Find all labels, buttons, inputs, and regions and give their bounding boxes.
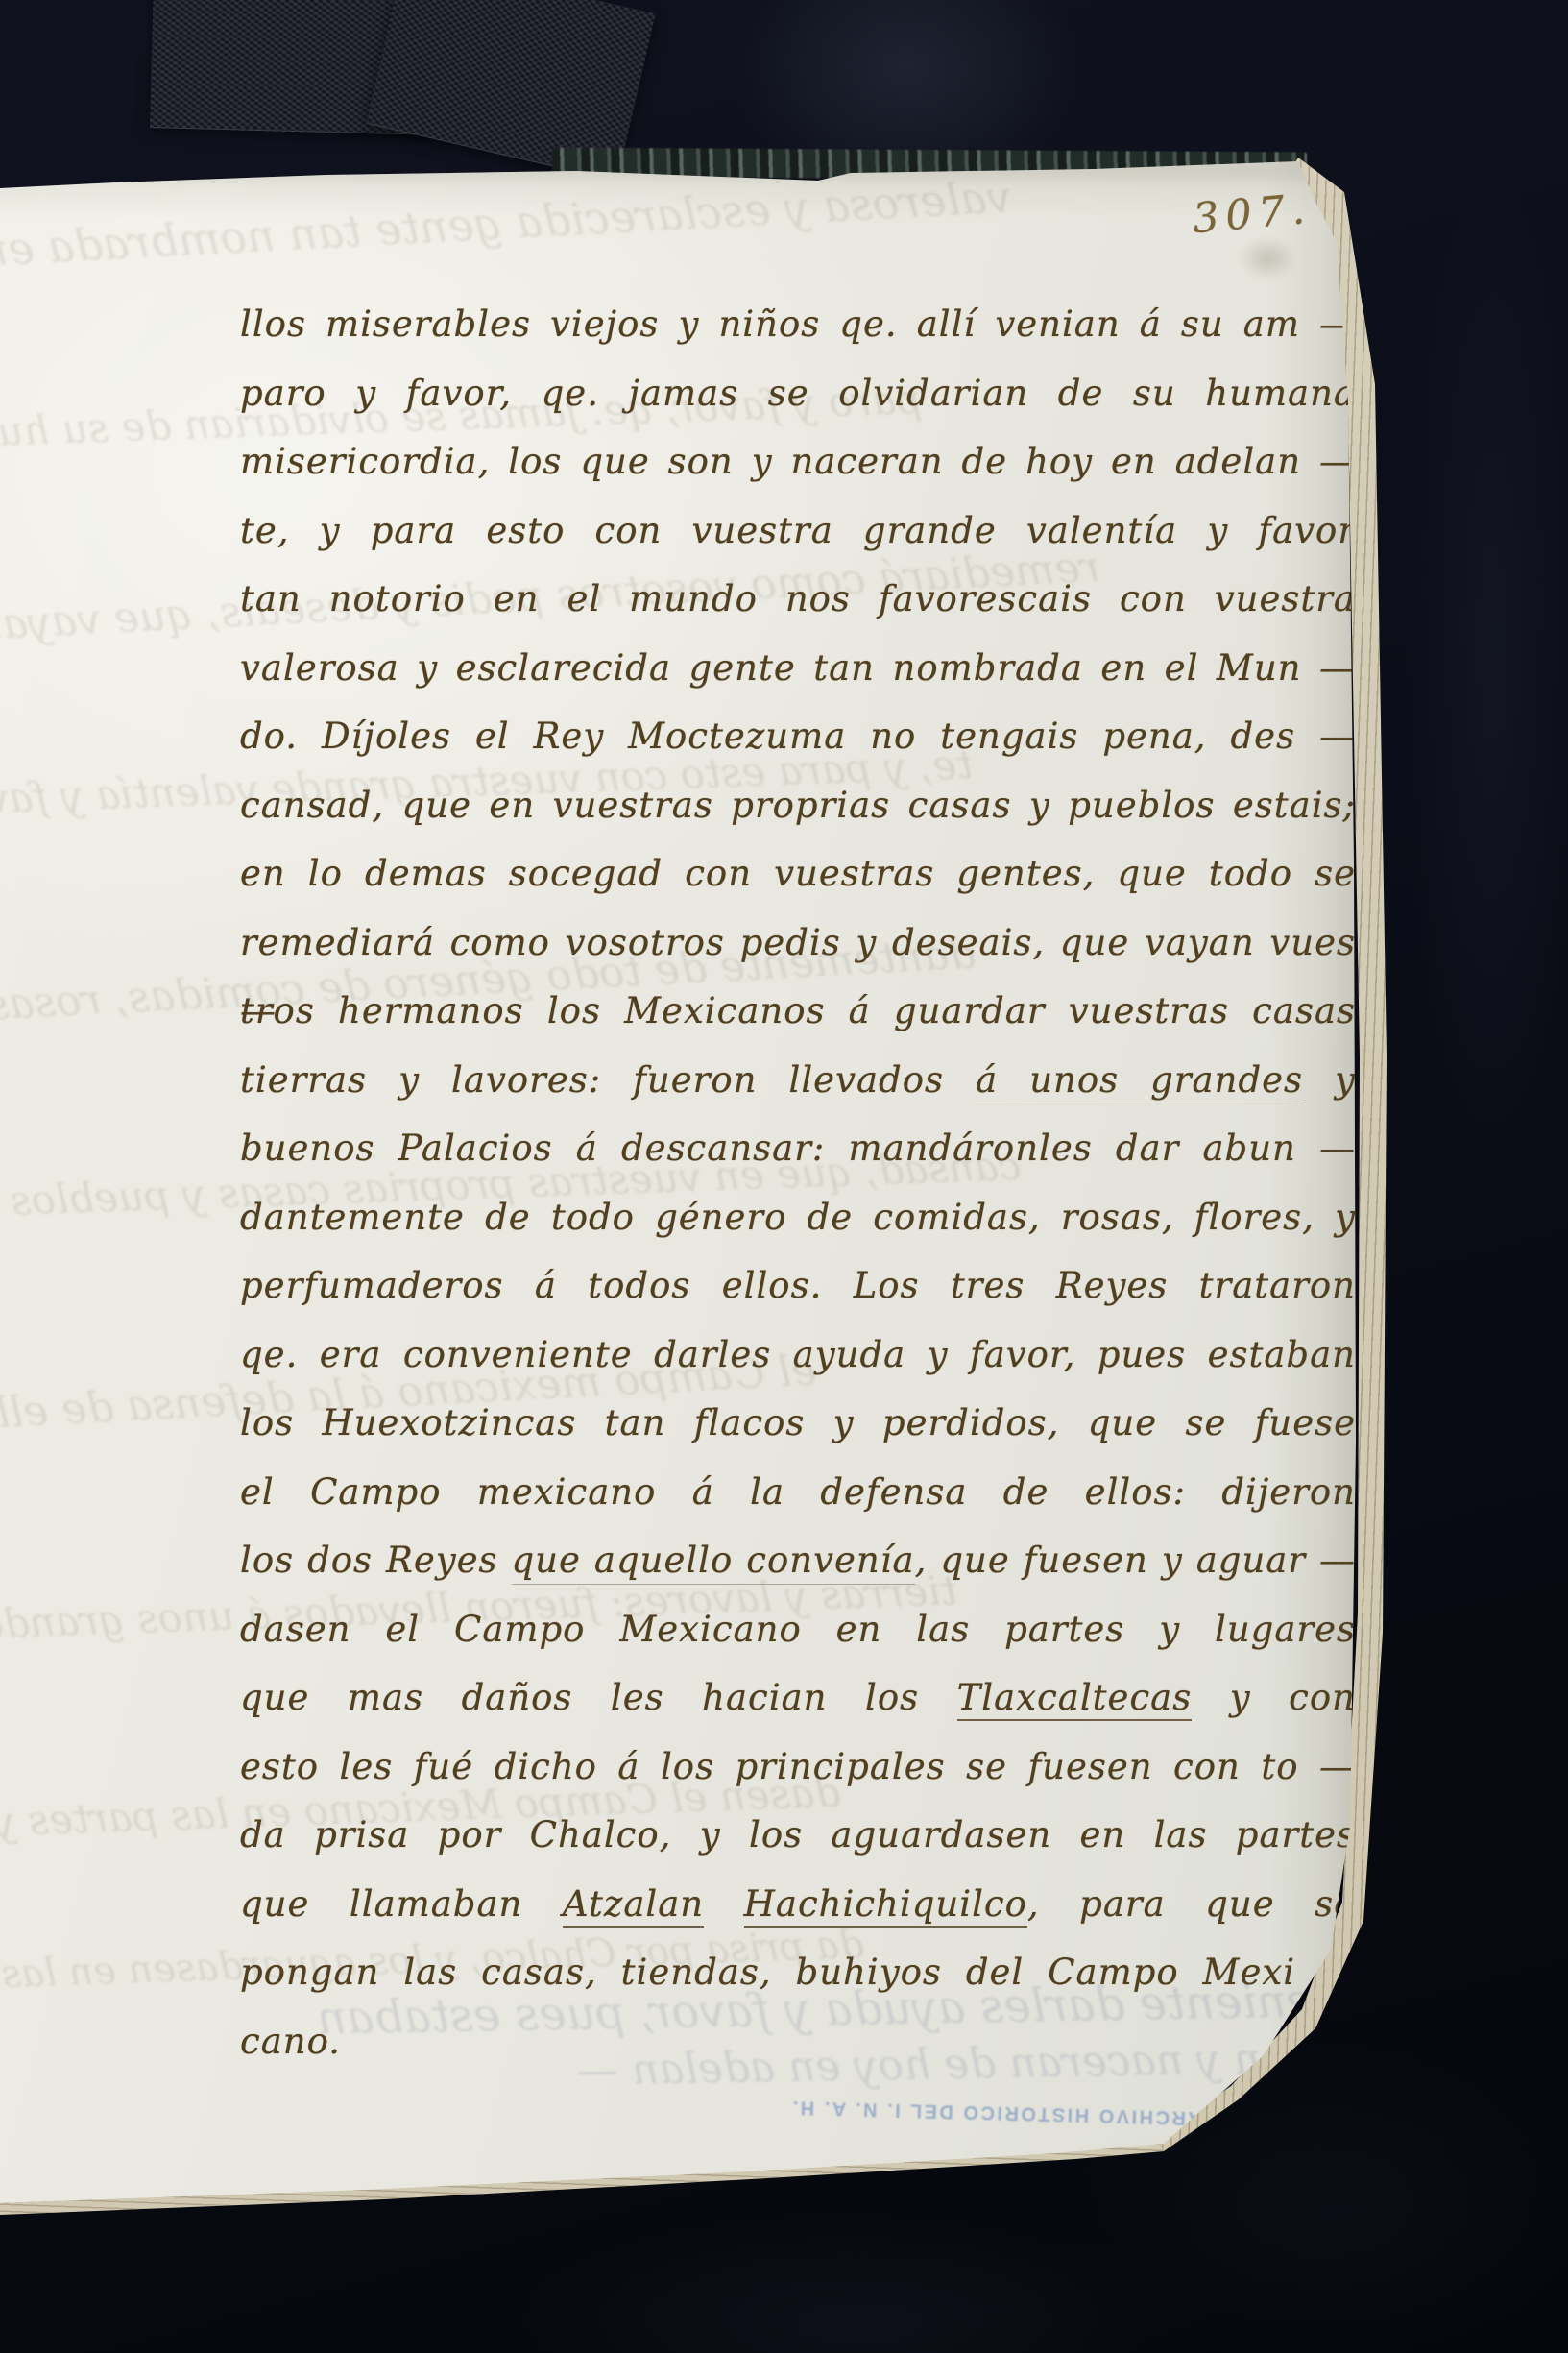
- manuscript-line-25: pongan las casas, tiendas, buhiyos del C…: [240, 1938, 1356, 2007]
- manuscript-line-19: los dos Reyes que aquello convenía, que …: [240, 1526, 1356, 1595]
- underlined-word: á unos grandes: [976, 1059, 1303, 1104]
- underlined-word: Tlaxcaltecas: [957, 1677, 1193, 1721]
- text-segment: da prisa por Chalco, y los aguardasen en…: [240, 1814, 1356, 1856]
- manuscript-line-10: remediará como vosotros pedis y deseais,…: [240, 909, 1356, 978]
- text-segment: perfumaderos á todos ellos. Los tres Rey…: [240, 1265, 1356, 1306]
- text-segment: en lo demas socegad con vuestras gentes,…: [240, 853, 1356, 894]
- text-segment: llos miserables viejos y niños qe. allí …: [240, 303, 1356, 345]
- text-segment: valerosa y esclarecida gente tan nombrad…: [240, 647, 1356, 689]
- manuscript-line-13: buenos Palacios á descansar: mandáronles…: [240, 1114, 1356, 1183]
- underlined-word: Atzalan: [563, 1883, 704, 1928]
- text-segment: los dos Reyes: [240, 1540, 512, 1581]
- text-segment: , para que se: [1027, 1883, 1356, 1925]
- text-segment: cansad, que en vuestras proprias casas y…: [240, 785, 1356, 826]
- text-segment: qe. era conveniente darles ayuda y favor…: [240, 1334, 1356, 1375]
- text-segment: paro y favor, qe. jamas se olvidarian de…: [240, 373, 1356, 414]
- manuscript-page: valerosa y esclarecida gente tan nombrad…: [0, 0, 1568, 2353]
- underlined-word: que aquello convenía: [512, 1540, 915, 1585]
- manuscript-line-16: qe. era conveniente darles ayuda y favor…: [240, 1321, 1356, 1390]
- manuscript-line-2: paro y favor, qe. jamas se olvidarian de…: [240, 359, 1356, 428]
- text-segment: misericordia, los que son y naceran de h…: [240, 441, 1356, 482]
- text-segment: pongan las casas, tiendas, buhiyos del C…: [240, 1952, 1356, 1993]
- manuscript-line-4: te, y para esto con vuestra grande valen…: [240, 497, 1356, 566]
- manuscript-line-18: el Campo mexicano á la defensa de ellos:…: [240, 1458, 1356, 1527]
- text-segment: esto les fué dicho á los principales se …: [240, 1746, 1356, 1787]
- ink-smudge: [1239, 236, 1296, 280]
- text-segment: buenos Palacios á descansar: mandáronles…: [240, 1128, 1356, 1169]
- manuscript-line-9: en lo demas socegad con vuestras gentes,…: [240, 839, 1356, 909]
- manuscript-line-14: dantemente de todo género de comidas, ro…: [240, 1183, 1356, 1252]
- text-segment: el Campo mexicano á la defensa de ellos:…: [240, 1471, 1356, 1513]
- manuscript-line-22: esto les fué dicho á los principales se …: [240, 1733, 1356, 1802]
- manuscript-line-8: cansad, que en vuestras proprias casas y…: [240, 771, 1356, 840]
- text-segment: dantemente de todo género de comidas, ro…: [240, 1197, 1356, 1238]
- archive-stamp: ARCHIVO HISTORICO DEL I. N. A. H.: [814, 2097, 1202, 2129]
- text-segment: , que fuesen y aguar —: [915, 1540, 1356, 1581]
- manuscript-line-12: tierras y lavores: fueron llevados á uno…: [240, 1046, 1356, 1115]
- manuscript-line-5: tan notorio en el mundo nos favorescais …: [240, 565, 1356, 634]
- text-segment: te, y para esto con vuestra grande valen…: [240, 510, 1356, 551]
- text-segment: [704, 1883, 744, 1925]
- text-segment: tan notorio en el mundo nos favorescais …: [240, 578, 1356, 619]
- text-segment: do. Díjoles el Rey Moctezuma no tengais …: [240, 716, 1356, 757]
- manuscript-line-24: que llamaban Atzalan Hachichiquilco, par…: [240, 1870, 1356, 1939]
- text-segment: dasen el Campo Mexicano en las partes y …: [240, 1609, 1356, 1650]
- manuscript-line-23: da prisa por Chalco, y los aguardasen en…: [240, 1801, 1356, 1870]
- manuscript-line-1: llos miserables viejos y niños qe. allí …: [240, 290, 1356, 359]
- text-segment: que llamaban: [240, 1883, 563, 1925]
- text-segment: cano.: [240, 2021, 341, 2062]
- text-segment: y con: [1192, 1677, 1356, 1718]
- manuscript-line-20: dasen el Campo Mexicano en las partes y …: [240, 1595, 1356, 1664]
- text-segment: que mas daños les hacian los: [240, 1677, 957, 1718]
- text-segment: tierras y lavores: fueron llevados: [240, 1059, 976, 1101]
- photo-scene: valerosa y esclarecida gente tan nombrad…: [0, 0, 1568, 2353]
- manuscript-text: llos miserables viejos y niños qe. allí …: [240, 290, 1356, 2075]
- manuscript-line-6: valerosa y esclarecida gente tan nombrad…: [240, 634, 1356, 703]
- show-through-line: valerosa y esclarecida gente tan nombrad…: [0, 171, 1013, 289]
- text-segment: tros hermanos los Mexicanos á guardar vu…: [240, 990, 1356, 1031]
- underlined-word: Hachichiquilco: [744, 1883, 1027, 1928]
- manuscript-line-3: misericordia, los que son y naceran de h…: [240, 427, 1356, 497]
- manuscript-line-26: cano.: [240, 2007, 1356, 2076]
- manuscript-line-17: los Huexotzincas tan flacos y perdidos, …: [240, 1389, 1356, 1458]
- page-number: 307.: [1191, 185, 1314, 244]
- manuscript-line-21: que mas daños les hacian los Tlaxcalteca…: [240, 1663, 1356, 1733]
- text-segment: los Huexotzincas tan flacos y perdidos, …: [240, 1402, 1356, 1443]
- text-segment: y: [1303, 1059, 1356, 1101]
- manuscript-line-7: do. Díjoles el Rey Moctezuma no tengais …: [240, 702, 1356, 771]
- manuscript-line-11: tros hermanos los Mexicanos á guardar vu…: [240, 977, 1356, 1046]
- manuscript-line-15: perfumaderos á todos ellos. Los tres Rey…: [240, 1251, 1356, 1321]
